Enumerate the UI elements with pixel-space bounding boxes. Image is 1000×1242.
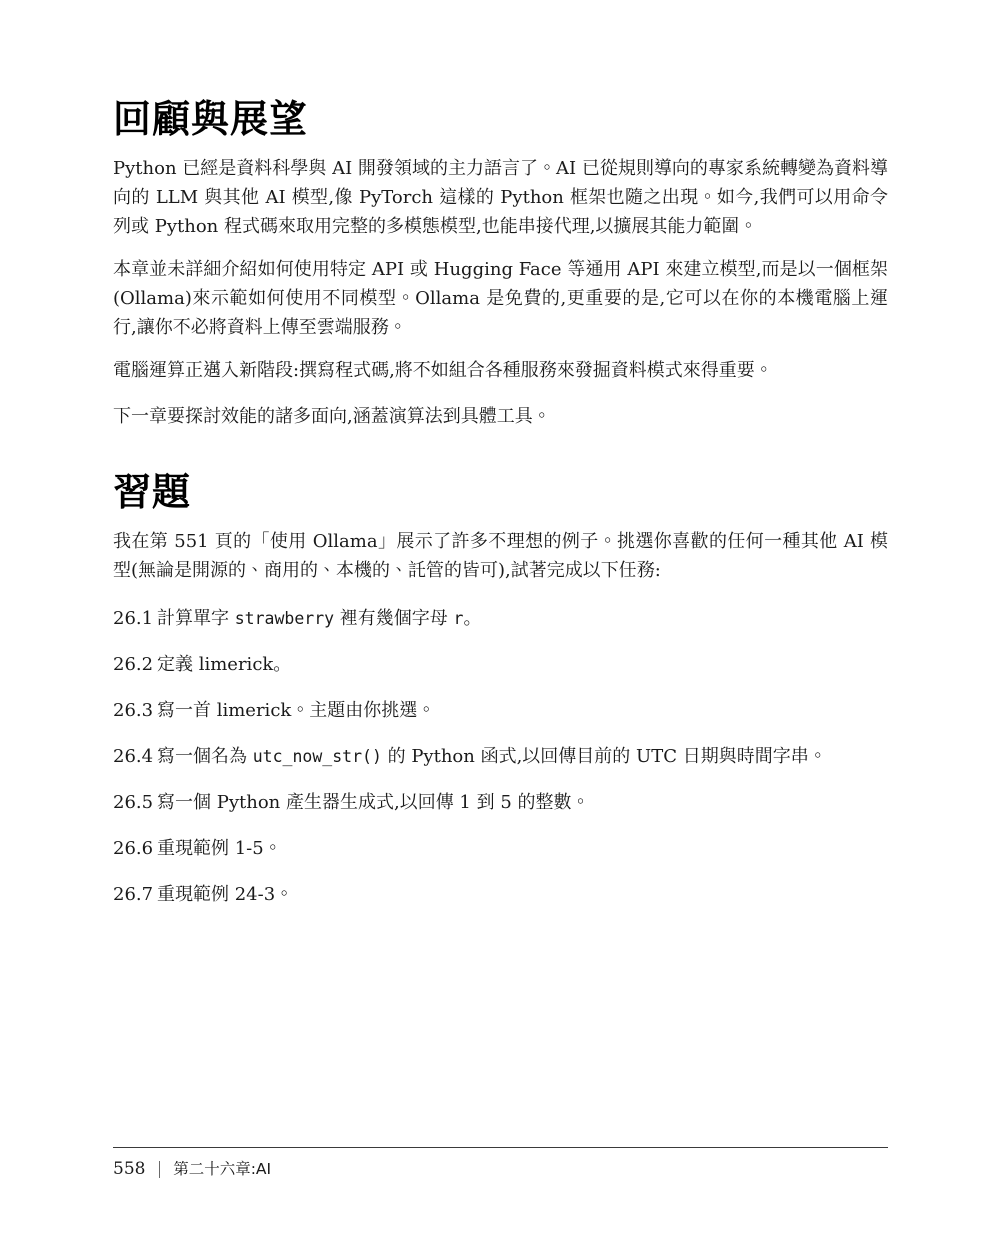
book-page: 回顧與展望 Python 已經是資料科學與 AI 開發領域的主力語言了。AI 已… [0, 0, 1000, 1242]
exercises-intro: 我在第 551 頁的「使用 Ollama」展示了許多不理想的例子。挑選你喜歡的任… [113, 527, 888, 585]
section-title-review: 回顧與展望 [113, 98, 888, 140]
exercise-text-part: 重現範例 24-3。 [157, 884, 293, 905]
exercise-item-26-2: 26.2 定義 limerick。 [113, 650, 888, 679]
exercise-text-part: 的 Python 函式,以回傳目前的 UTC 日期與時間字串。 [382, 746, 827, 767]
paragraph-review-2: 本章並未詳細介紹如何使用特定 API 或 Hugging Face 等通用 AP… [113, 255, 888, 342]
exercise-number: 26.1 [113, 604, 157, 633]
footer-separator: | [145, 1159, 173, 1179]
exercise-text: 寫一個 Python 產生器生成式,以回傳 1 到 5 的整數。 [157, 788, 888, 817]
exercise-text-part: 寫一首 limerick。主題由你挑選。 [157, 700, 435, 721]
footer-page-number: 558 [113, 1159, 145, 1179]
exercise-item-26-7: 26.7 重現範例 24-3。 [113, 880, 888, 909]
section-title-exercises: 習題 [113, 471, 888, 513]
paragraph-review-4: 下一章要探討效能的諸多面向,涵蓋演算法到具體工具。 [113, 402, 888, 431]
exercise-text-part: 計算單字 [157, 608, 235, 629]
paragraph-review-1: Python 已經是資料科學與 AI 開發領域的主力語言了。AI 已從規則導向的… [113, 154, 888, 241]
exercise-item-26-5: 26.5 寫一個 Python 產生器生成式,以回傳 1 到 5 的整數。 [113, 788, 888, 817]
exercise-item-26-3: 26.3 寫一首 limerick。主題由你挑選。 [113, 696, 888, 725]
page-footer: 558|第二十六章:AI [113, 1147, 888, 1179]
exercise-text-part: 寫一個名為 [157, 746, 253, 767]
exercise-text-part: 寫一個 Python 產生器生成式,以回傳 1 到 5 的整數。 [157, 792, 590, 813]
exercise-number: 26.4 [113, 742, 157, 771]
exercise-text: 重現範例 24-3。 [157, 880, 888, 909]
inline-code: r [454, 609, 464, 628]
exercise-number: 26.5 [113, 788, 157, 817]
exercise-text: 計算單字 strawberry 裡有幾個字母 r。 [157, 604, 888, 633]
page-content: 回顧與展望 Python 已經是資料科學與 AI 開發領域的主力語言了。AI 已… [113, 0, 888, 909]
inline-code: strawberry [235, 609, 334, 628]
exercise-number: 26.6 [113, 834, 157, 863]
exercise-number: 26.3 [113, 696, 157, 725]
inline-code: utc_now_str() [253, 747, 382, 766]
exercise-number: 26.7 [113, 880, 157, 909]
exercise-text: 寫一首 limerick。主題由你挑選。 [157, 696, 888, 725]
exercise-text: 定義 limerick。 [157, 650, 888, 679]
exercise-item-26-4: 26.4 寫一個名為 utc_now_str() 的 Python 函式,以回傳… [113, 742, 888, 771]
paragraph-review-3: 電腦運算正邁入新階段:撰寫程式碼,將不如組合各種服務來發掘資料模式來得重要。 [113, 356, 888, 385]
exercise-item-26-1: 26.1 計算單字 strawberry 裡有幾個字母 r。 [113, 604, 888, 633]
footer-chapter-label: 第二十六章:AI [173, 1160, 271, 1178]
exercise-text-part: 定義 limerick。 [157, 654, 291, 675]
exercise-text: 寫一個名為 utc_now_str() 的 Python 函式,以回傳目前的 U… [157, 742, 888, 771]
exercise-text-part: 裡有幾個字母 [334, 608, 453, 629]
exercise-text-part: 。 [463, 608, 481, 629]
exercise-number: 26.2 [113, 650, 157, 679]
exercise-text-part: 重現範例 1-5。 [157, 838, 282, 859]
exercise-item-26-6: 26.6 重現範例 1-5。 [113, 834, 888, 863]
exercise-text: 重現範例 1-5。 [157, 834, 888, 863]
